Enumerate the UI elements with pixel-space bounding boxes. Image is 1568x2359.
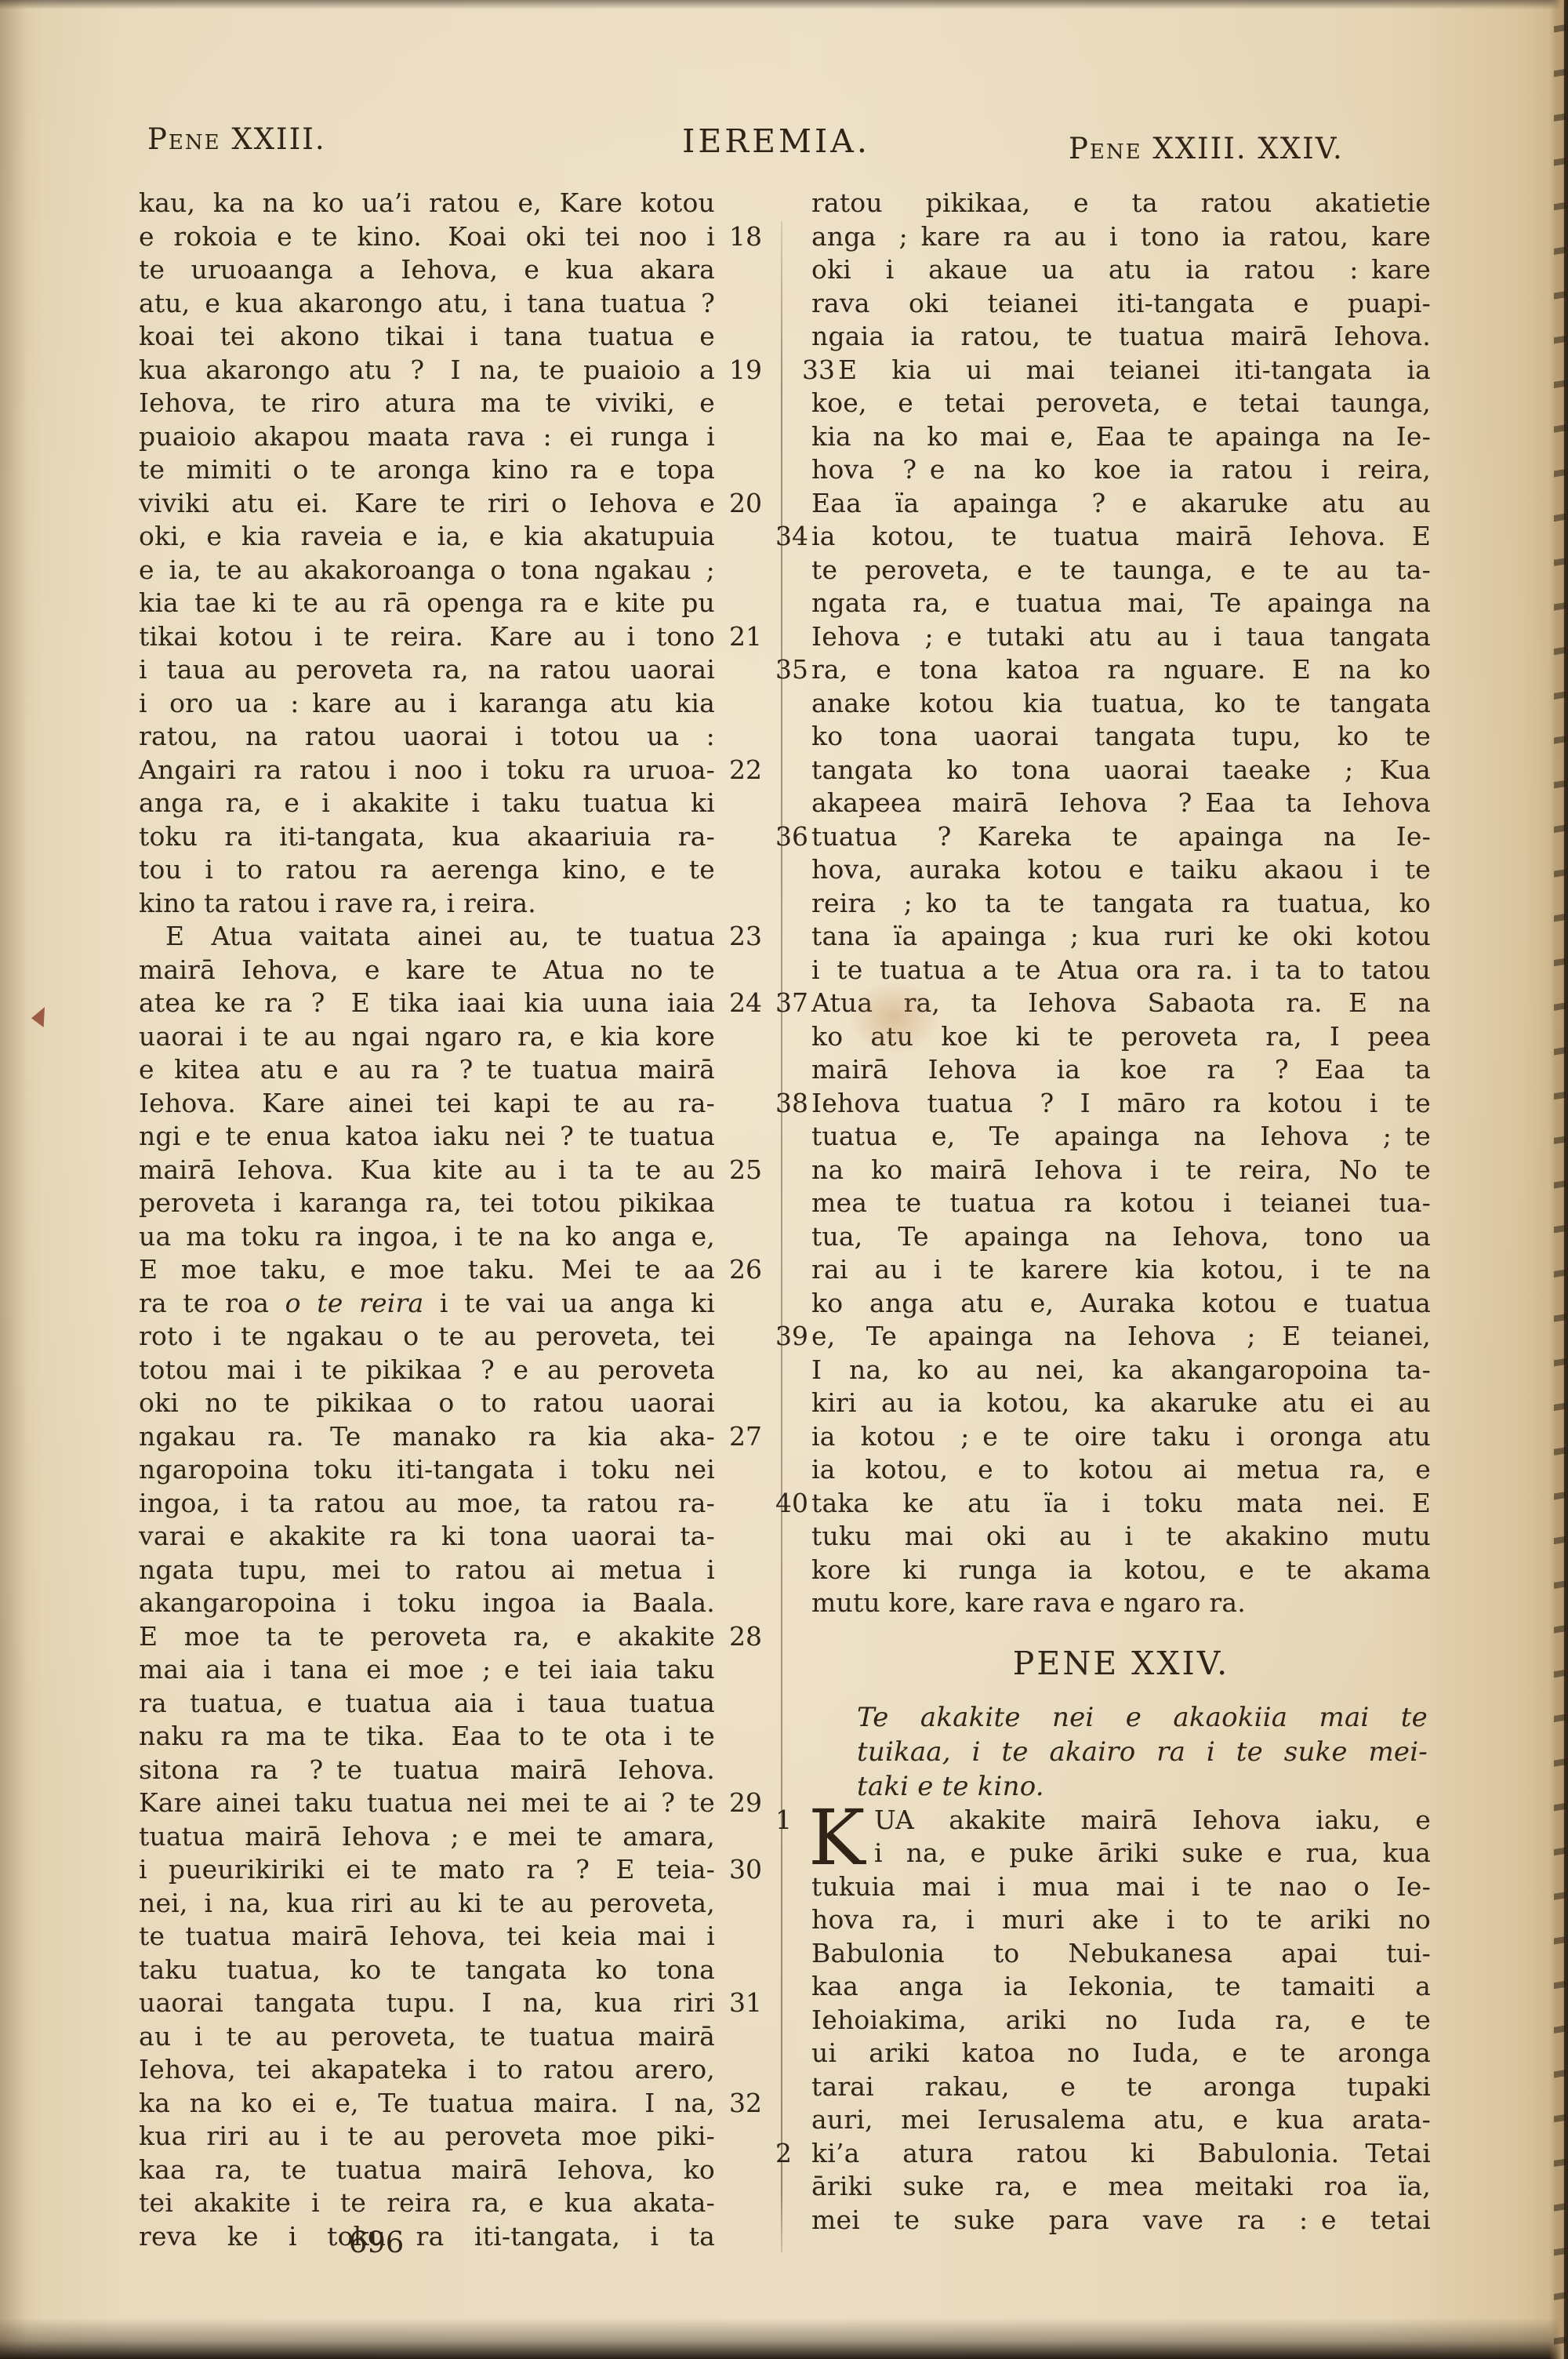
text-line: tana ïa apainga ; kua ruri ke oki kotou bbox=[811, 920, 1431, 954]
text-line: e kitea atu e au ra ? te tuatua mairā bbox=[139, 1053, 715, 1087]
text-line: atu, e kua akarongo atu, i tana tuatua ? bbox=[139, 287, 715, 321]
gutter-shadow bbox=[0, 0, 27, 2359]
text-line: ngaropoina toku iti-tangata i toku nei bbox=[139, 1453, 715, 1487]
verse-number: 24 bbox=[729, 987, 762, 1020]
text-line: kore ki runga ia kotou, e te akama bbox=[811, 1554, 1431, 1587]
text-line: mairā Iehova, e kare te Atua no te bbox=[139, 954, 715, 987]
text-line: uaorai tangata tupu. I na, kua riri31 bbox=[139, 1986, 715, 2020]
text-line: ingoa, i ta ratou au moe, ta ratou ra- bbox=[139, 1487, 715, 1521]
text-line: koe, e tetai peroveta, e tetai taunga, bbox=[811, 387, 1431, 420]
text-line: mea te tuatua ra kotou i teianei tua- bbox=[811, 1187, 1431, 1220]
text-line: naku ra ma te tika. Eaa to te ota i te bbox=[139, 1720, 715, 1754]
verse-number: 2 bbox=[775, 2137, 792, 2171]
right-text-column: ratou pikikaa, e ta ratou akatietieanga … bbox=[811, 187, 1431, 2237]
text-line: ra tuatua, e tuatua aia i taua tuatua bbox=[139, 1687, 715, 1721]
text-line: mai aia i tana ei moe ; e tei iaia taku bbox=[139, 1653, 715, 1687]
text-line: oki no te pikikaa o to ratou uaorai bbox=[139, 1387, 715, 1420]
verse-number: 1 bbox=[775, 1804, 792, 1837]
text-line: hova, auraka kotou e taiku akaou i te bbox=[811, 853, 1431, 887]
verse-number: 29 bbox=[729, 1787, 762, 1820]
text-line: akapeea mairā Iehova ? Eaa ta Iehova bbox=[811, 787, 1431, 820]
book-page-scan: Pene XXIII. IEREMIA. Pene XXIII. XXIV. k… bbox=[0, 0, 1568, 2359]
text-line: atea ke ra ? E tika iaai kia uuna iaia24 bbox=[139, 987, 715, 1020]
text-line: varai e akakite ra ki tona uaorai ta- bbox=[139, 1520, 715, 1554]
text-line: te tuatua mairā Iehova, tei keia mai i bbox=[139, 1920, 715, 1954]
text-line: i pueurikiriki ei te mato ra ? E teia-30 bbox=[139, 1853, 715, 1887]
verse-number: 40 bbox=[775, 1487, 808, 1521]
verse-number: 20 bbox=[729, 487, 762, 521]
text-line: e rokoia e te kino. Koai oki tei noo i18 bbox=[139, 220, 715, 254]
text-line: akangaropoina i toku ingoa ia Baala. bbox=[139, 1587, 715, 1620]
text-line: tarai rakau, e te aronga tupaki bbox=[811, 2070, 1431, 2104]
text-line: kua riri au i te au peroveta moe piki- bbox=[139, 2120, 715, 2154]
text-line: ngata ra, e tuatua mai, Te apainga na bbox=[811, 587, 1431, 620]
verse-number: 22 bbox=[729, 754, 762, 787]
text-line: E kia ui mai teianei iti-tangata ia33 bbox=[811, 354, 1431, 387]
text-line: ra, e tona katoa ra nguare. E na ko35 bbox=[811, 653, 1431, 687]
verse-number: 35 bbox=[775, 653, 808, 687]
text-line: ko tona uaorai tangata tupu, ko te bbox=[811, 720, 1431, 754]
text-line: ra te roa o te reira i te vai ua anga ki bbox=[139, 1287, 715, 1321]
verse-number: 34 bbox=[775, 520, 808, 554]
text-line: tuku mai oki au i te akakino mutu bbox=[811, 1520, 1431, 1554]
text-line: rava oki teianei iti-tangata e puapi- bbox=[811, 287, 1431, 321]
verse-number: 27 bbox=[729, 1420, 762, 1454]
text-line: uaorai i te au ngai ngaro ra, e kia kore bbox=[139, 1020, 715, 1054]
text-line: ngakau ra. Te manako ra kia aka-27 bbox=[139, 1420, 715, 1454]
text-line: ngaia ia ratou, te tuatua mairā Iehova. bbox=[811, 320, 1431, 354]
text-line: KUA akakite mairā Iehova iaku, e1 bbox=[811, 1804, 1431, 1837]
text-line: kiri au ia kotou, ka akaruke atu ei au bbox=[811, 1387, 1431, 1420]
text-line: Iehova ; e tutaki atu au i taua tangata bbox=[811, 620, 1431, 654]
verse-number: 23 bbox=[702, 920, 762, 954]
chapter-summary-line: tuikaa, i te akairo ra i te suke mei- bbox=[811, 1735, 1431, 1769]
verse-number: 38 bbox=[775, 1087, 808, 1121]
chapter-heading: PENE XXIV. bbox=[811, 1644, 1431, 1683]
chapter-summary-line: taki e te kino. bbox=[811, 1769, 1431, 1804]
verse-number: 18 bbox=[729, 220, 762, 254]
text-line: Babulonia to Nebukanesa apai tui- bbox=[811, 1937, 1431, 1971]
text-line: au i te au peroveta, te tuatua mairā bbox=[139, 2020, 715, 2054]
top-edge-shadow bbox=[0, 0, 1568, 9]
text-line: tukuia mai i mua mai i te nao o Ie- bbox=[811, 1870, 1431, 1904]
photo-edge bbox=[1564, 0, 1568, 2359]
text-line: te mimiti o te aronga kino ra e topa bbox=[139, 453, 715, 487]
text-line: Iehova, te riro atura ma te viviki, e bbox=[139, 387, 715, 420]
text-line: mairā Iehova. Kua kite au i ta te au25 bbox=[139, 1154, 715, 1187]
text-line: te peroveta, e te taunga, e te au ta- bbox=[811, 554, 1431, 587]
text-line: oki, e kia raveia e ia, e kia akatupuia bbox=[139, 520, 715, 554]
page-number: 696 bbox=[314, 2226, 439, 2259]
text-line: i na, e puke āriki suke e rua, kua bbox=[811, 1837, 1431, 1870]
verse-number: 19 bbox=[729, 354, 762, 387]
verse-number: 37 bbox=[775, 987, 808, 1020]
text-line: I na, ko au nei, ka akangaropoina ta- bbox=[811, 1354, 1431, 1387]
text-line: kua akarongo atu ? I na, te puaioio a19 bbox=[139, 354, 715, 387]
running-head-left: Pene XXIII. bbox=[147, 122, 326, 156]
text-line: E moe taku, e moe taku. Mei te aa26 bbox=[139, 1253, 715, 1287]
text-line: ratou, na ratou uaorai i totou ua : bbox=[139, 720, 715, 754]
text-line: ki’a atura ratou ki Babulonia. Tetai2 bbox=[811, 2137, 1431, 2171]
text-line: Angairi ra ratou i noo i toku ra uruoa-2… bbox=[139, 754, 715, 787]
text-line: hova ? e na ko koe ia ratou i reira, bbox=[811, 453, 1431, 487]
verse-number: 21 bbox=[729, 620, 762, 654]
verse-number: 31 bbox=[729, 1986, 762, 2020]
text-line: anake kotou kia tuatua, ko te tangata bbox=[811, 687, 1431, 721]
text-line: Eaa ïa apainga ? e akaruke atu au bbox=[811, 487, 1431, 521]
text-line: kaa anga ia Iekonia, te tamaiti a bbox=[811, 1970, 1431, 2004]
text-line: na ko mairā Iehova i te reira, No te bbox=[811, 1154, 1431, 1187]
text-line: tou i to ratou ra aerenga kino, e te bbox=[139, 853, 715, 887]
text-line: Iehoiakima, ariki no Iuda ra, e te bbox=[811, 2004, 1431, 2037]
text-line: tuatua e, Te apainga na Iehova ; te bbox=[811, 1120, 1431, 1154]
verse-number: 39 bbox=[775, 1320, 808, 1354]
paper-stain bbox=[847, 980, 941, 1055]
verse-number: 33 bbox=[775, 354, 835, 387]
text-line: ngi e te enua katoa iaku nei ? te tuatua bbox=[139, 1120, 715, 1154]
text-line: E Atua vaitata ainei au, te tuatua23 bbox=[139, 920, 715, 954]
text-line: ia kotou, te tuatua mairā Iehova. E34 bbox=[811, 520, 1431, 554]
text-line: anga ra, e i akakite i taku tuatua ki bbox=[139, 787, 715, 820]
text-line: anga ; kare ra au i tono ia ratou, kare bbox=[811, 220, 1431, 254]
text-line: ui ariki katoa no Iuda, e te aronga bbox=[811, 2037, 1431, 2070]
text-line: oki i akaue ua atu ia ratou : kare bbox=[811, 253, 1431, 287]
running-head-title: IEREMIA. bbox=[439, 122, 1113, 160]
verse-number: 26 bbox=[729, 1253, 762, 1287]
text-line: taku tuatua, ko te tangata ko tona bbox=[139, 1954, 715, 1987]
text-line: Iehova tuatua ? I māro ra kotou i te38 bbox=[811, 1087, 1431, 1121]
text-line: Iehova, tei akapateka i to ratou arero, bbox=[139, 2053, 715, 2087]
text-line: tikai kotou i te reira. Kare au i tono21 bbox=[139, 620, 715, 654]
text-line: rai au i te karere kia kotou, i te na bbox=[811, 1253, 1431, 1287]
bottom-edge-shadow bbox=[0, 2318, 1568, 2359]
text-line: tua, Te apainga na Iehova, tono ua bbox=[811, 1220, 1431, 1254]
text-line: tangata ko tona uaorai taeake ; Kua bbox=[811, 754, 1431, 787]
verse-number: 30 bbox=[729, 1853, 762, 1887]
text-line: āriki suke ra, e mea meitaki roa ïa, bbox=[811, 2170, 1431, 2204]
text-line: koai tei akono tikai i tana tuatua e bbox=[139, 320, 715, 354]
text-line: nei, i na, kua riri au ki te au peroveta… bbox=[139, 1887, 715, 1921]
text-line: te uruoaanga a Iehova, e kua akara bbox=[139, 253, 715, 287]
text-line: kau, ka na ko ua’i ratou e, Kare kotou bbox=[139, 187, 715, 220]
text-line: roto i te ngakau o te au peroveta, tei bbox=[139, 1320, 715, 1354]
text-line: e ia, te au akakoroanga o tona ngakau ; bbox=[139, 554, 715, 587]
verse-number: 25 bbox=[729, 1154, 762, 1187]
text-line: taka ke atu ïa i toku mata nei. E40 bbox=[811, 1487, 1431, 1521]
verse-number: 28 bbox=[729, 1620, 762, 1654]
text-line: tuatua mairā Iehova ; e mei te amara, bbox=[139, 1820, 715, 1854]
left-text-column: kau, ka na ko ua’i ratou e, Kare kotoue … bbox=[139, 187, 715, 2253]
text-line: auri, mei Ierusalema atu, e kua arata- bbox=[811, 2103, 1431, 2137]
text-line: ngata tupu, mei to ratou ai metua i bbox=[139, 1554, 715, 1587]
text-line: ratou pikikaa, e ta ratou akatietie bbox=[811, 187, 1431, 220]
text-line: e, Te apainga na Iehova ; E teianei,39 bbox=[811, 1320, 1431, 1354]
margin-ink-mark bbox=[31, 1007, 45, 1027]
text-line: mei te suke para vave ra : e tetai bbox=[811, 2204, 1431, 2237]
text-line: mutu kore, kare rava e ngaro ra. bbox=[811, 1587, 1431, 1620]
text-line: kia tae ki te au rā openga ra e kite pu bbox=[139, 587, 715, 620]
text-line: peroveta i karanga ra, tei totou pikikaa bbox=[139, 1187, 715, 1220]
text-line: toku ra iti-tangata, kua akaariuia ra- bbox=[139, 820, 715, 854]
text-line: totou mai i te pikikaa ? e au peroveta bbox=[139, 1354, 715, 1387]
text-line: tuatua ? Kareka te apainga na Ie-36 bbox=[811, 820, 1431, 854]
text-line: viviki atu ei. Kare te riri o Iehova e20 bbox=[139, 487, 715, 521]
text-line: ko anga atu e, Auraka kotou e tuatua bbox=[811, 1287, 1431, 1321]
text-line: Kare ainei taku tuatua nei mei te ai ? t… bbox=[139, 1787, 715, 1820]
text-line: hova ra, i muri ake i to te ariki no bbox=[811, 1903, 1431, 1937]
text-line: sitona ra ? te tuatua mairā Iehova. bbox=[139, 1754, 715, 1787]
text-line: puaioio akapou maata rava : ei runga i bbox=[139, 420, 715, 454]
verse-number: 36 bbox=[775, 820, 808, 854]
text-line: kino ta ratou i rave ra, i reira. bbox=[139, 887, 715, 921]
text-line: ia kotou, e to kotou ai metua ra, e bbox=[811, 1453, 1431, 1487]
text-line: ka na ko ei e, Te tuatua maira. I na,32 bbox=[139, 2087, 715, 2121]
text-line: i oro ua : kare au i karanga atu kia bbox=[139, 687, 715, 721]
running-head-right: Pene XXIII. XXIV. bbox=[1069, 132, 1344, 165]
verse-number: 32 bbox=[729, 2087, 762, 2121]
text-line: E moe ta te peroveta ra, e akakite28 bbox=[139, 1620, 715, 1654]
text-line: ia kotou ; e te oire taku i oronga atu bbox=[811, 1420, 1431, 1454]
text-line: reira ; ko ta te tangata ra tuatua, ko bbox=[811, 887, 1431, 921]
text-line: kia na ko mai e, Eaa te apainga na Ie- bbox=[811, 420, 1431, 454]
text-line: kaa ra, te tuatua mairā Iehova, ko bbox=[139, 2154, 715, 2187]
text-line: mairā Iehova ia koe ra ? Eaa ta bbox=[811, 1053, 1431, 1087]
chapter-summary-line: Te akakite nei e akaokiia mai te bbox=[811, 1700, 1431, 1735]
text-line: i taua au peroveta ra, na ratou uaorai bbox=[139, 653, 715, 687]
text-line: Iehova. Kare ainei tei kapi te au ra- bbox=[139, 1087, 715, 1121]
text-line: ua ma toku ra ingoa, i te na ko anga e, bbox=[139, 1220, 715, 1254]
text-line: tei akakite i te reira ra, e kua akata- bbox=[139, 2186, 715, 2220]
